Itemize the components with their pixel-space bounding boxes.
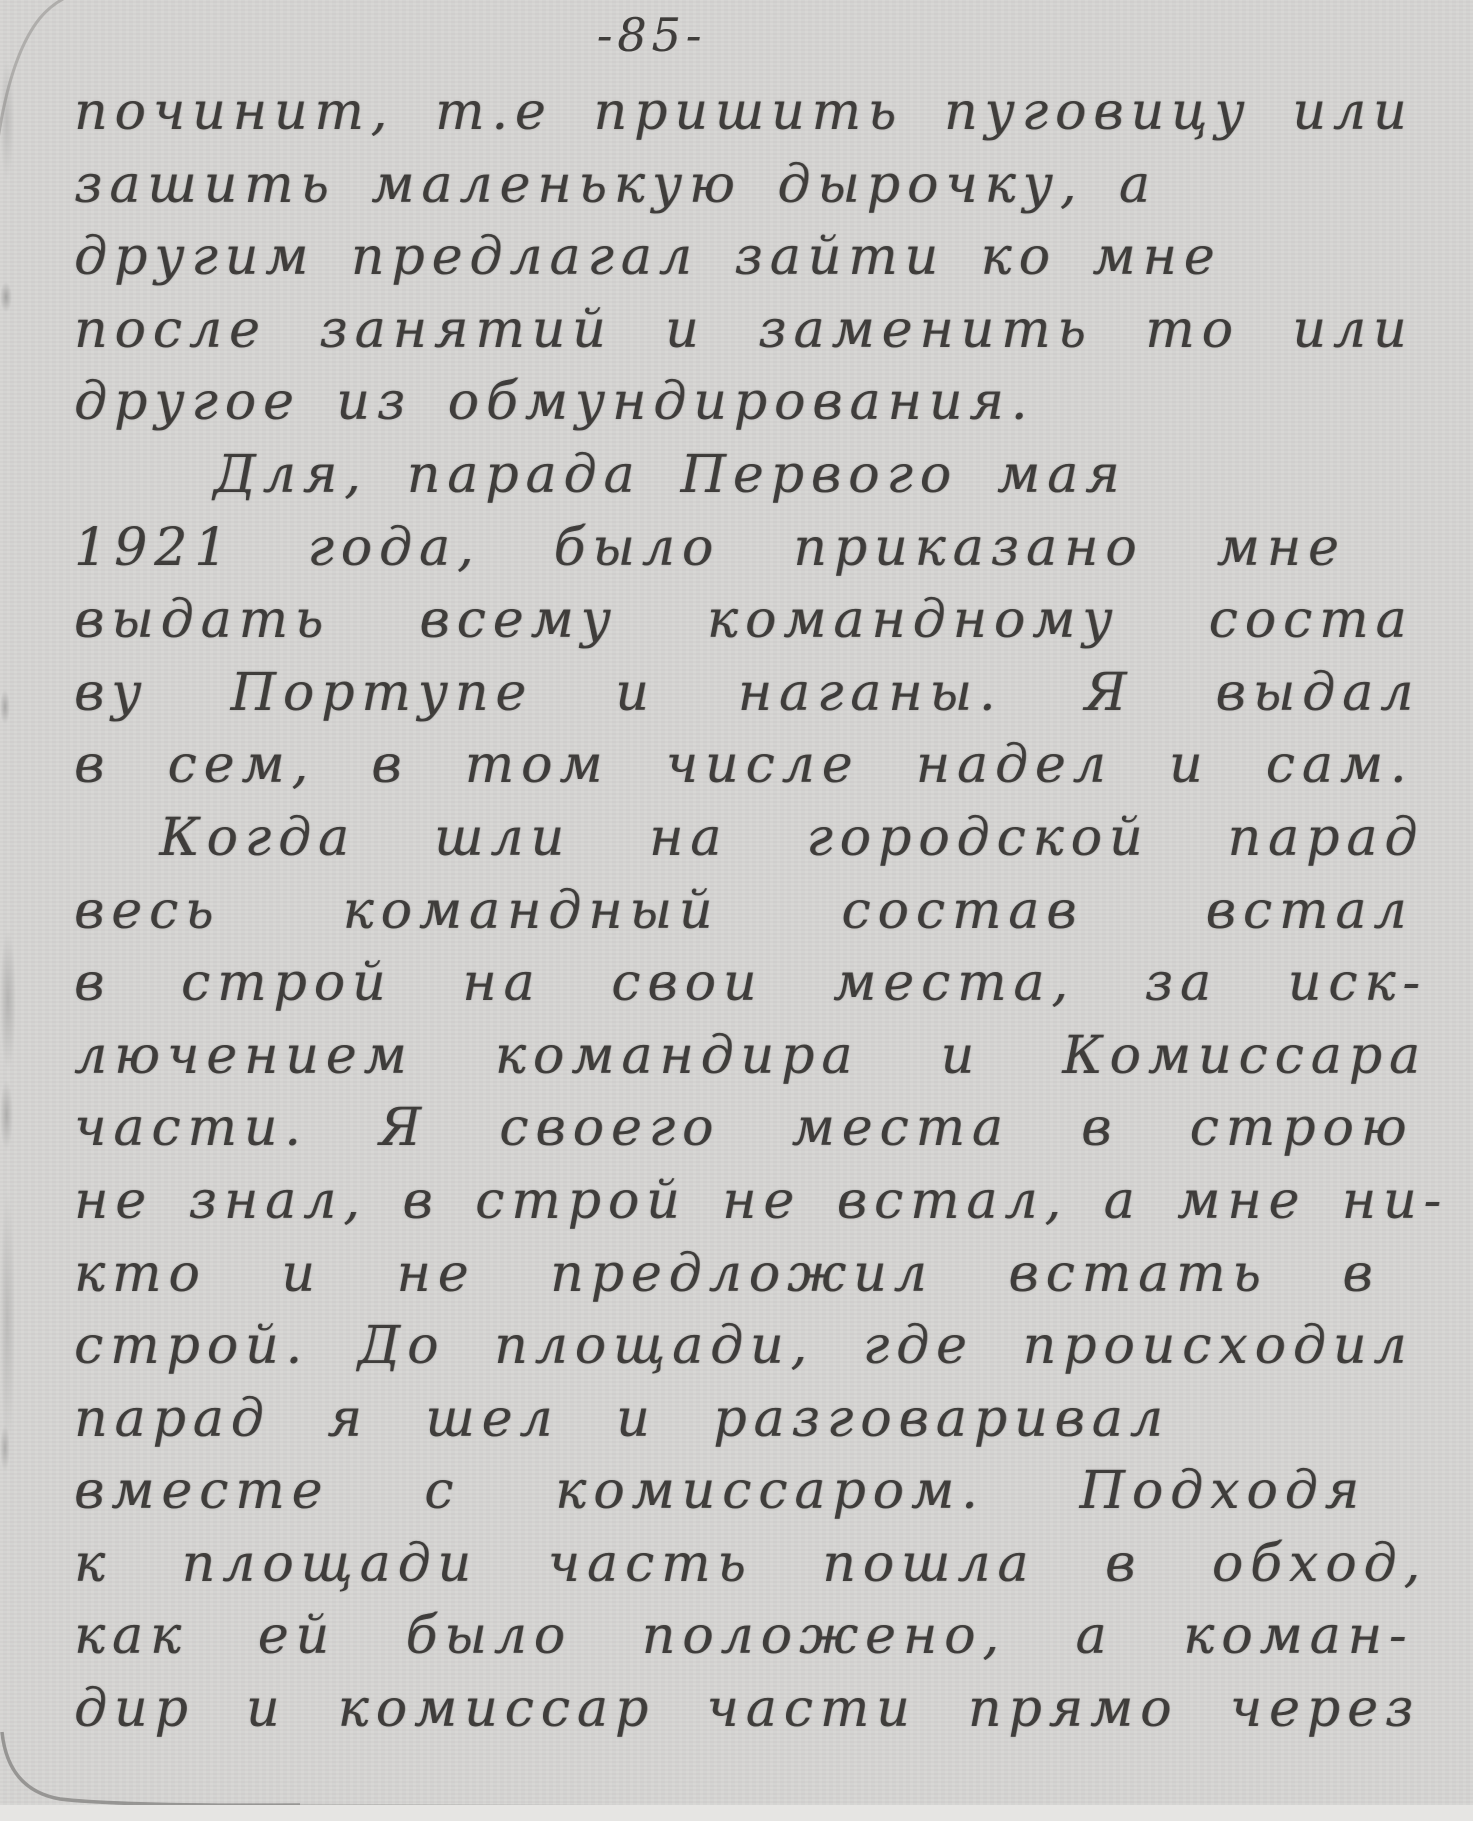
scan-artifact-smudge (0, 690, 10, 724)
scan-artifact-smudge (0, 930, 16, 1070)
handwritten-line: починит, т.е пришить пуговицу или (74, 76, 1413, 149)
scan-artifact-smudge (0, 282, 12, 312)
handwritten-line: вместе с комиссаром. Подходя (74, 1455, 1366, 1528)
handwritten-line: ву Портупе и наганы. Я выдал (74, 657, 1420, 730)
page-number: -85- (0, 8, 1388, 62)
scan-artifact-smudge (0, 60, 14, 180)
handwritten-line: строй. До площади, где происходил (74, 1310, 1413, 1383)
scan-artifact-bottom-strip (0, 1805, 1473, 1821)
handwritten-line: парад я шел и разговаривал (74, 1383, 1170, 1456)
handwritten-line: 1921 года, было приказано мне (74, 512, 1346, 585)
handwritten-line: Когда шли на городской парад (159, 802, 1424, 875)
handwritten-line: зашить маленькую дырочку, а (74, 149, 1156, 222)
handwritten-line: выдать всему командному соста (74, 584, 1413, 657)
handwritten-line: дир и комиссар части прямо через (74, 1673, 1420, 1746)
handwritten-line: в сем, в том числе надел и сам. (74, 729, 1413, 802)
handwritten-line: весь командный состав встал (74, 875, 1413, 948)
handwritten-line: после занятий и заменить то или (74, 294, 1413, 367)
handwritten-line: Для, парада Первого мая (213, 439, 1126, 512)
handwritten-line: лючением командира и Комиссара (74, 1020, 1427, 1093)
handwritten-line: к площади часть пошла в обход, (74, 1528, 1427, 1601)
handwritten-line: кто и не предложил встать в (74, 1238, 1380, 1311)
handwritten-line: как ей было положено, а коман- (74, 1600, 1413, 1673)
manuscript-page-scan: -85- починит, т.е пришить пуговицу илиза… (0, 0, 1473, 1821)
scan-artifact-smudge (0, 1190, 15, 1450)
handwritten-line: не знал, в строй не встал, а мне ни- (74, 1165, 1427, 1238)
scan-artifact-smudge (0, 1425, 10, 1471)
handwritten-line: в строй на свои места, за иск- (74, 947, 1427, 1020)
scan-artifact-smudge (0, 1080, 13, 1150)
handwritten-line: другим предлагал зайти ко мне (74, 221, 1129, 294)
handwritten-line: другое из обмундирования. (74, 366, 926, 439)
handwritten-text-block: починит, т.е пришить пуговицу илизашить … (74, 76, 1427, 1746)
handwritten-line: части. Я своего места в строю (74, 1092, 1413, 1165)
